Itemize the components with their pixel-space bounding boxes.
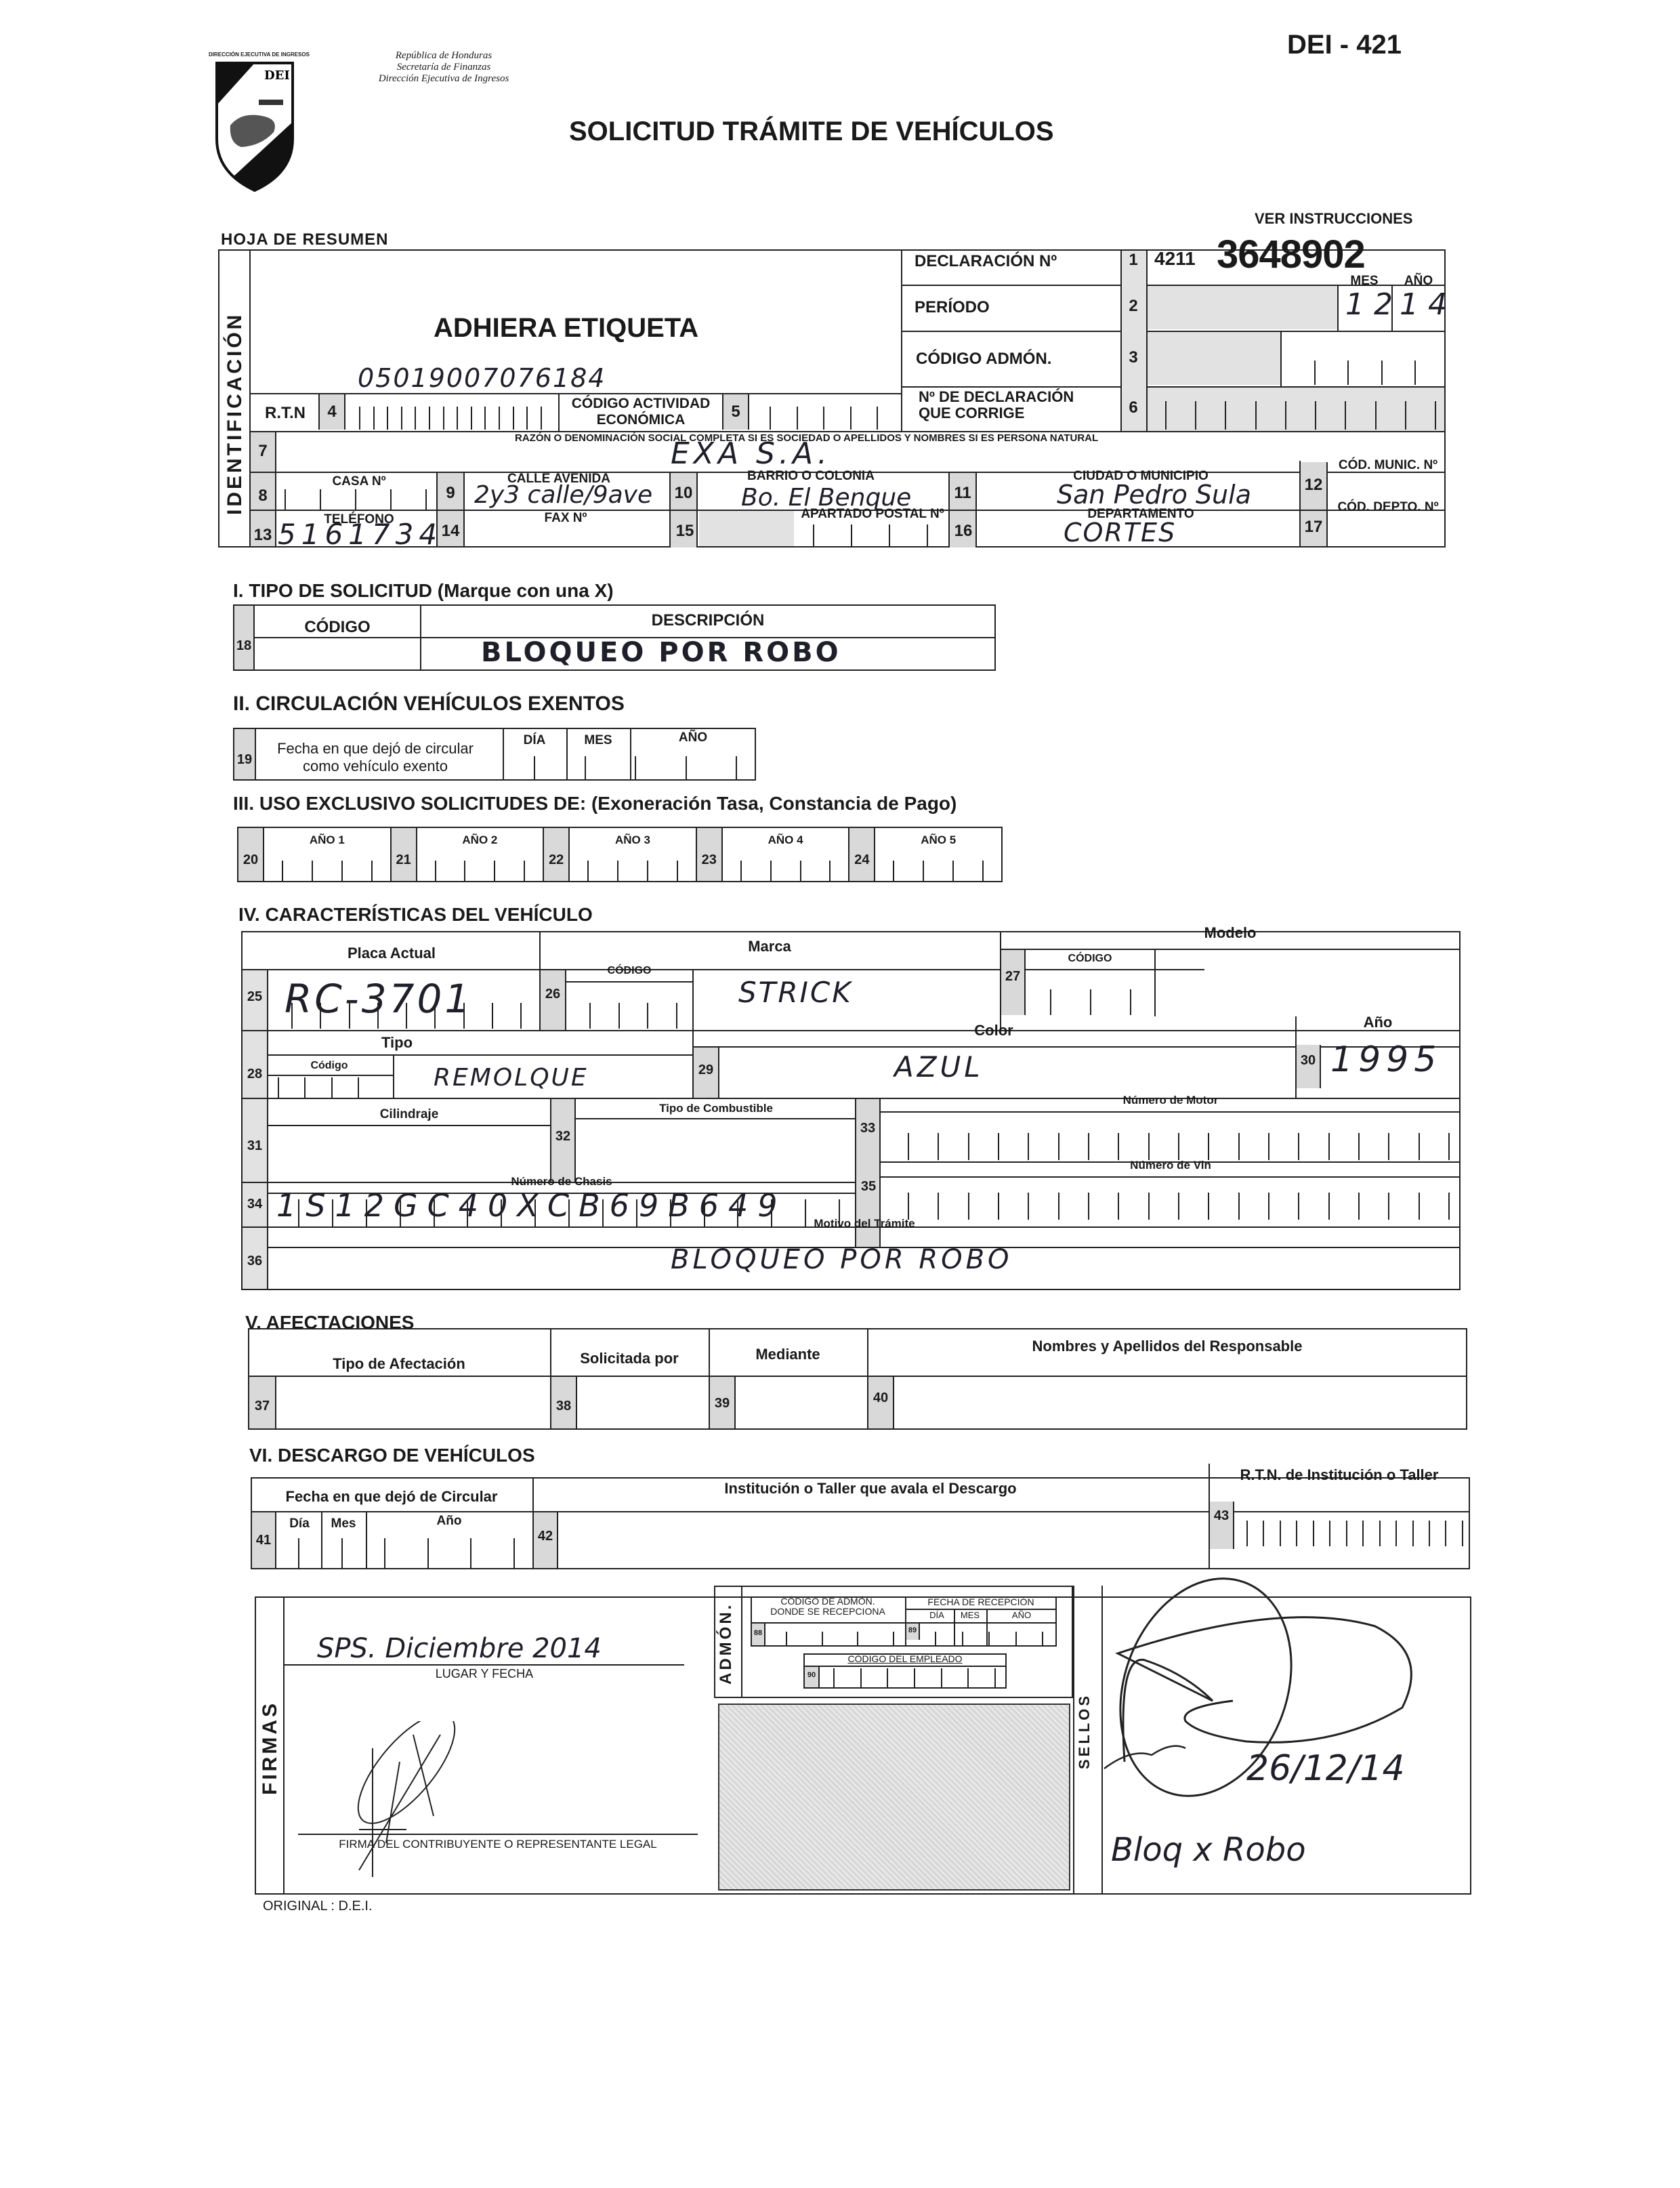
circulacion-label-2: como vehículo exento: [260, 758, 490, 775]
org-line-1: República de Honduras: [352, 50, 535, 62]
codigo-header: CÓDIGO: [255, 618, 420, 637]
descripcion-header: DESCRIPCIÓN: [420, 611, 996, 630]
recep-mes-label: MES: [954, 1610, 986, 1620]
vin-input[interactable]: [908, 1193, 1450, 1220]
modelo-codigo-input[interactable]: [1050, 989, 1131, 1015]
corrige-label-2: QUE CORRIGE: [919, 405, 1115, 421]
departamento-num: 16: [951, 522, 975, 541]
chasis-num: 34: [243, 1197, 267, 1212]
year-cell: 24AÑO 5: [849, 828, 1001, 881]
dei-logo: DIRECCIÓN EJECUTIVA DE INGRESOS DEI: [209, 51, 344, 201]
svg-text:DEI: DEI: [264, 68, 290, 83]
descargo-num-42: 42: [534, 1512, 558, 1568]
codigo-admon-recep-label: CÓDIGO DE ADMÓN. DONDE SE RECEPCIONA: [751, 1596, 905, 1617]
afect-num-38: 38: [551, 1377, 577, 1428]
descargo-anio-label: Año: [366, 1514, 532, 1529]
cod-depto-label: CÓD. DEPTO. Nº: [1330, 500, 1446, 515]
tipo-codigo-input[interactable]: [278, 1077, 359, 1098]
circulacion-mes-label: MES: [566, 733, 630, 748]
codigo-admon-recep-label-1: CÓDIGO DE ADMÓN.: [751, 1596, 905, 1607]
casa-num: 8: [251, 473, 276, 510]
org-line-3: Dirección Ejecutiva de Ingresos: [352, 73, 535, 85]
declaracion-number: 3648902: [1217, 232, 1365, 277]
marca-codigo-label: CÓDIGO: [566, 965, 692, 977]
recep-anio-label: AÑO: [986, 1610, 1057, 1620]
codigo-admon-label: CÓDIGO ADMÓN.: [916, 350, 1112, 369]
admon-num-88: 88: [752, 1624, 765, 1645]
calle-value: 2y3 calle/9ave: [474, 481, 652, 509]
admon-stamp-area: [718, 1704, 1070, 1891]
actividad-input[interactable]: [770, 407, 878, 430]
responsable-header: Nombres y Apellidos del Responsable: [867, 1338, 1467, 1355]
periodo-mes-label: MES: [1339, 274, 1390, 289]
anio-value: 1995: [1330, 1039, 1442, 1080]
org-line-2: Secretaría de Finanzas: [352, 62, 535, 73]
motivo-num: 36: [243, 1254, 267, 1269]
recep-dia-label: DÍA: [920, 1610, 954, 1620]
year-cell: 22AÑO 3: [544, 828, 697, 881]
section-2-title: II. CIRCULACIÓN VEHÍCULOS EXENTOS: [233, 693, 625, 716]
page-title: SOLICITUD TRÁMITE DE VEHÍCULOS: [569, 117, 1054, 147]
motivo-value: BLOQUEO POR ROBO: [671, 1244, 1013, 1275]
marca-codigo-input[interactable]: [589, 1003, 677, 1029]
rtn-handwritten: 05019007076184: [358, 363, 606, 393]
cilindraje-label: Cilindraje: [268, 1107, 550, 1122]
circulacion-anio-label: AÑO: [630, 730, 756, 745]
admon-num-89: 89: [906, 1624, 920, 1640]
descargo-date-input[interactable]: [298, 1538, 515, 1568]
periodo-num: 2: [1122, 297, 1145, 316]
tipo-label: Tipo: [268, 1034, 526, 1052]
org-block: República de Honduras Secretaría de Fina…: [352, 50, 535, 85]
circulacion-date-input[interactable]: [534, 756, 737, 779]
vin-num: 35: [856, 1179, 881, 1195]
combustible-label: Tipo de Combustible: [577, 1102, 855, 1115]
form-code: DEI - 421: [1287, 30, 1402, 60]
fecha-recepcion-label: FECHA DE RECEPCIÓN: [905, 1596, 1057, 1607]
logo-caption: DIRECCIÓN EJECUTIVA DE INGRESOS: [209, 51, 344, 58]
tipo-codigo-label: Código: [268, 1060, 390, 1072]
cilindraje-num: 31: [243, 1138, 267, 1154]
solicitada-header: Solicitada por: [550, 1350, 709, 1367]
apartado-label: APARTADO POSTAL Nº: [797, 507, 948, 522]
casa-label: CASA Nº: [285, 474, 434, 489]
declaracion-prefix: 4211: [1154, 248, 1196, 270]
codigo-empleado-input[interactable]: [833, 1668, 996, 1687]
tipo-value: REMOLQUE: [434, 1064, 589, 1092]
apartado-input[interactable]: [813, 524, 928, 546]
rtn-institucion-input[interactable]: [1246, 1521, 1463, 1546]
calle-num: 9: [438, 473, 465, 510]
circulacion-label-1: Fecha en que dejó de circular: [260, 740, 490, 758]
afect-num-40: 40: [868, 1377, 894, 1428]
lugar-fecha-value: SPS. Diciembre 2014: [317, 1633, 602, 1664]
anio-num: 30: [1297, 1045, 1321, 1088]
color-num: 29: [694, 1048, 719, 1098]
barrio-label: BARRIO O COLONIA: [699, 469, 923, 484]
descripcion-value: BLOQUEO POR ROBO: [481, 637, 841, 668]
marca-label: Marca: [539, 938, 1000, 955]
section-1-title: I. TIPO DE SOLICITUD (Marque con una X): [233, 580, 614, 602]
cod-depto-num: 17: [1301, 511, 1328, 546]
descargo-num-41: 41: [252, 1512, 276, 1568]
rtn-label: R.T.N: [255, 404, 316, 423]
descargo-fecha-header: Fecha en que dejó de Circular: [251, 1488, 532, 1506]
departamento-value: CORTES: [1064, 518, 1176, 548]
descargo-mes-label: Mes: [321, 1516, 366, 1531]
modelo-num: 27: [1001, 950, 1026, 1015]
rtn-input[interactable]: [359, 407, 542, 430]
descargo-num-43: 43: [1210, 1502, 1234, 1549]
year-input[interactable]: [282, 861, 373, 881]
instructions-link[interactable]: VER INSTRUCCIONES: [1255, 210, 1412, 228]
firma-label: FIRMA DEL CONTRIBUYENTE O REPRESENTANTE …: [298, 1838, 698, 1851]
year-num: 22: [544, 828, 570, 881]
cod-munic-num: 12: [1301, 462, 1328, 511]
copy-label: ORIGINAL : D.E.I.: [263, 1899, 373, 1914]
year-cell: 21AÑO 2: [392, 828, 545, 881]
identificacion-label: IDENTIFICACIÓN: [224, 298, 247, 529]
stamp-date: 26/12/14: [1246, 1748, 1405, 1789]
section-6-title: VI. DESCARGO DE VEHÍCULOS: [249, 1445, 535, 1466]
declaracion-num: 1: [1122, 251, 1145, 270]
actividad-label: CÓDIGO ACTIVIDAD ECONÓMICA: [562, 396, 719, 428]
razon-num: 7: [251, 432, 276, 472]
year-input[interactable]: [740, 861, 831, 881]
fax-label: FAX Nº: [467, 511, 664, 526]
motor-input[interactable]: [908, 1133, 1450, 1160]
circulacion-label: Fecha en que dejó de circular como vehíc…: [260, 740, 490, 775]
codigo-admon-recep-input[interactable]: [786, 1632, 894, 1645]
year-label: AÑO 4: [723, 833, 849, 847]
year-label: AÑO 5: [875, 833, 1001, 847]
color-value: AZUL: [894, 1050, 984, 1083]
afect-num-39: 39: [710, 1377, 736, 1428]
actividad-label-2: ECONÓMICA: [562, 412, 719, 428]
firmas-label: FIRMAS: [259, 1694, 282, 1802]
periodo-label: PERÍODO: [915, 298, 1111, 317]
year-label: AÑO 2: [417, 833, 543, 847]
placa-num: 25: [243, 989, 267, 1005]
year-input[interactable]: [587, 861, 678, 881]
admon-num-90: 90: [805, 1667, 820, 1687]
ciudad-value: San Pedro Sula: [1057, 480, 1251, 510]
casa-input[interactable]: [285, 489, 427, 510]
actividad-num: 5: [722, 394, 749, 430]
year-num: 20: [238, 828, 264, 881]
periodo-anio-value: 14: [1400, 287, 1456, 322]
year-cell: 20AÑO 1: [238, 828, 392, 881]
periodo-anio-label: AÑO: [1393, 274, 1444, 289]
actividad-label-1: CÓDIGO ACTIVIDAD: [562, 396, 719, 412]
year-num: 23: [697, 828, 723, 881]
year-label: AÑO 3: [570, 833, 696, 847]
section-4-title: IV. CARACTERÍSTICAS DEL VEHÍCULO: [238, 904, 593, 926]
chasis-label: Número de Chasis: [268, 1175, 855, 1189]
combustible-num: 32: [551, 1099, 576, 1182]
vin-label: Número de Vin: [881, 1159, 1461, 1172]
declaracion-label: DECLARACIÓN Nº: [915, 252, 1111, 271]
modelo-label: Modelo: [1000, 924, 1461, 942]
year-num: 24: [849, 828, 875, 881]
tipo-num: 28: [243, 1067, 267, 1082]
tipo-afectacion-header: Tipo de Afectación: [248, 1355, 550, 1373]
rtn-num: 4: [318, 394, 345, 430]
afect-num-37: 37: [249, 1377, 276, 1428]
razon-value: EXA S.A.: [671, 436, 831, 471]
contributor-signature: [332, 1721, 508, 1891]
telefono-num: 13: [251, 511, 276, 546]
lugar-fecha-label: LUGAR Y FECHA: [285, 1667, 684, 1681]
stamp-signature: [1077, 1572, 1456, 1857]
cod-munic-label: CÓD. MUNIC. Nº: [1330, 458, 1446, 473]
year-input[interactable]: [893, 861, 984, 881]
corrige-num: 6: [1122, 398, 1145, 417]
circulacion-num: 19: [234, 729, 256, 779]
motor-label: Número de Motor: [881, 1094, 1461, 1107]
tipo-solicitud-num: 18: [234, 606, 255, 669]
codigo-admon-num: 3: [1122, 348, 1145, 367]
telefono-value: 5161734: [278, 518, 442, 551]
fax-num: 14: [438, 511, 465, 546]
sticker-label: ADHIERA ETIQUETA: [434, 313, 698, 344]
marca-value: STRICK: [738, 976, 853, 1009]
corrige-label: Nº DE DECLARACIÓN QUE CORRIGE: [919, 389, 1115, 421]
circulacion-dia-label: DÍA: [503, 733, 566, 748]
stamp-note: Bloq x Robo: [1111, 1831, 1306, 1869]
fecha-recepcion-input[interactable]: [935, 1632, 1043, 1645]
year-cell: 23AÑO 4: [697, 828, 850, 881]
institucion-header: Institución o Taller que avala el Descar…: [532, 1480, 1209, 1498]
codigo-empleado-label: CÓDIGO DEL EMPLEADO: [803, 1653, 1007, 1664]
motivo-label: Motivo del Trámite: [268, 1217, 1461, 1231]
year-label: AÑO 1: [264, 833, 390, 847]
descargo-dia-label: Día: [278, 1516, 321, 1531]
rtn-institucion-header: R.T.N. de Institución o Taller: [1209, 1466, 1470, 1484]
modelo-codigo-label: CÓDIGO: [1026, 953, 1154, 965]
codigo-admon-recep-label-2: DONDE SE RECEPCIONA: [751, 1607, 905, 1617]
periodo-mes-value: 12: [1345, 287, 1402, 322]
admon-label: ADMÓN.: [717, 1599, 736, 1687]
apartado-num: 15: [675, 522, 695, 541]
placa-label: Placa Actual: [244, 945, 539, 962]
mediante-header: Mediante: [709, 1346, 867, 1363]
section-3-title: III. USO EXCLUSIVO SOLICITUDES DE: (Exon…: [233, 793, 957, 814]
year-num: 21: [392, 828, 417, 881]
corrige-label-1: Nº DE DECLARACIÓN: [919, 389, 1115, 405]
marca-num: 26: [541, 970, 566, 1030]
year-input[interactable]: [435, 861, 526, 881]
hoja-resumen-label: HOJA DE RESUMEN: [221, 230, 388, 249]
color-label: Color: [692, 1022, 1295, 1039]
anio-label: Año: [1295, 1014, 1461, 1031]
